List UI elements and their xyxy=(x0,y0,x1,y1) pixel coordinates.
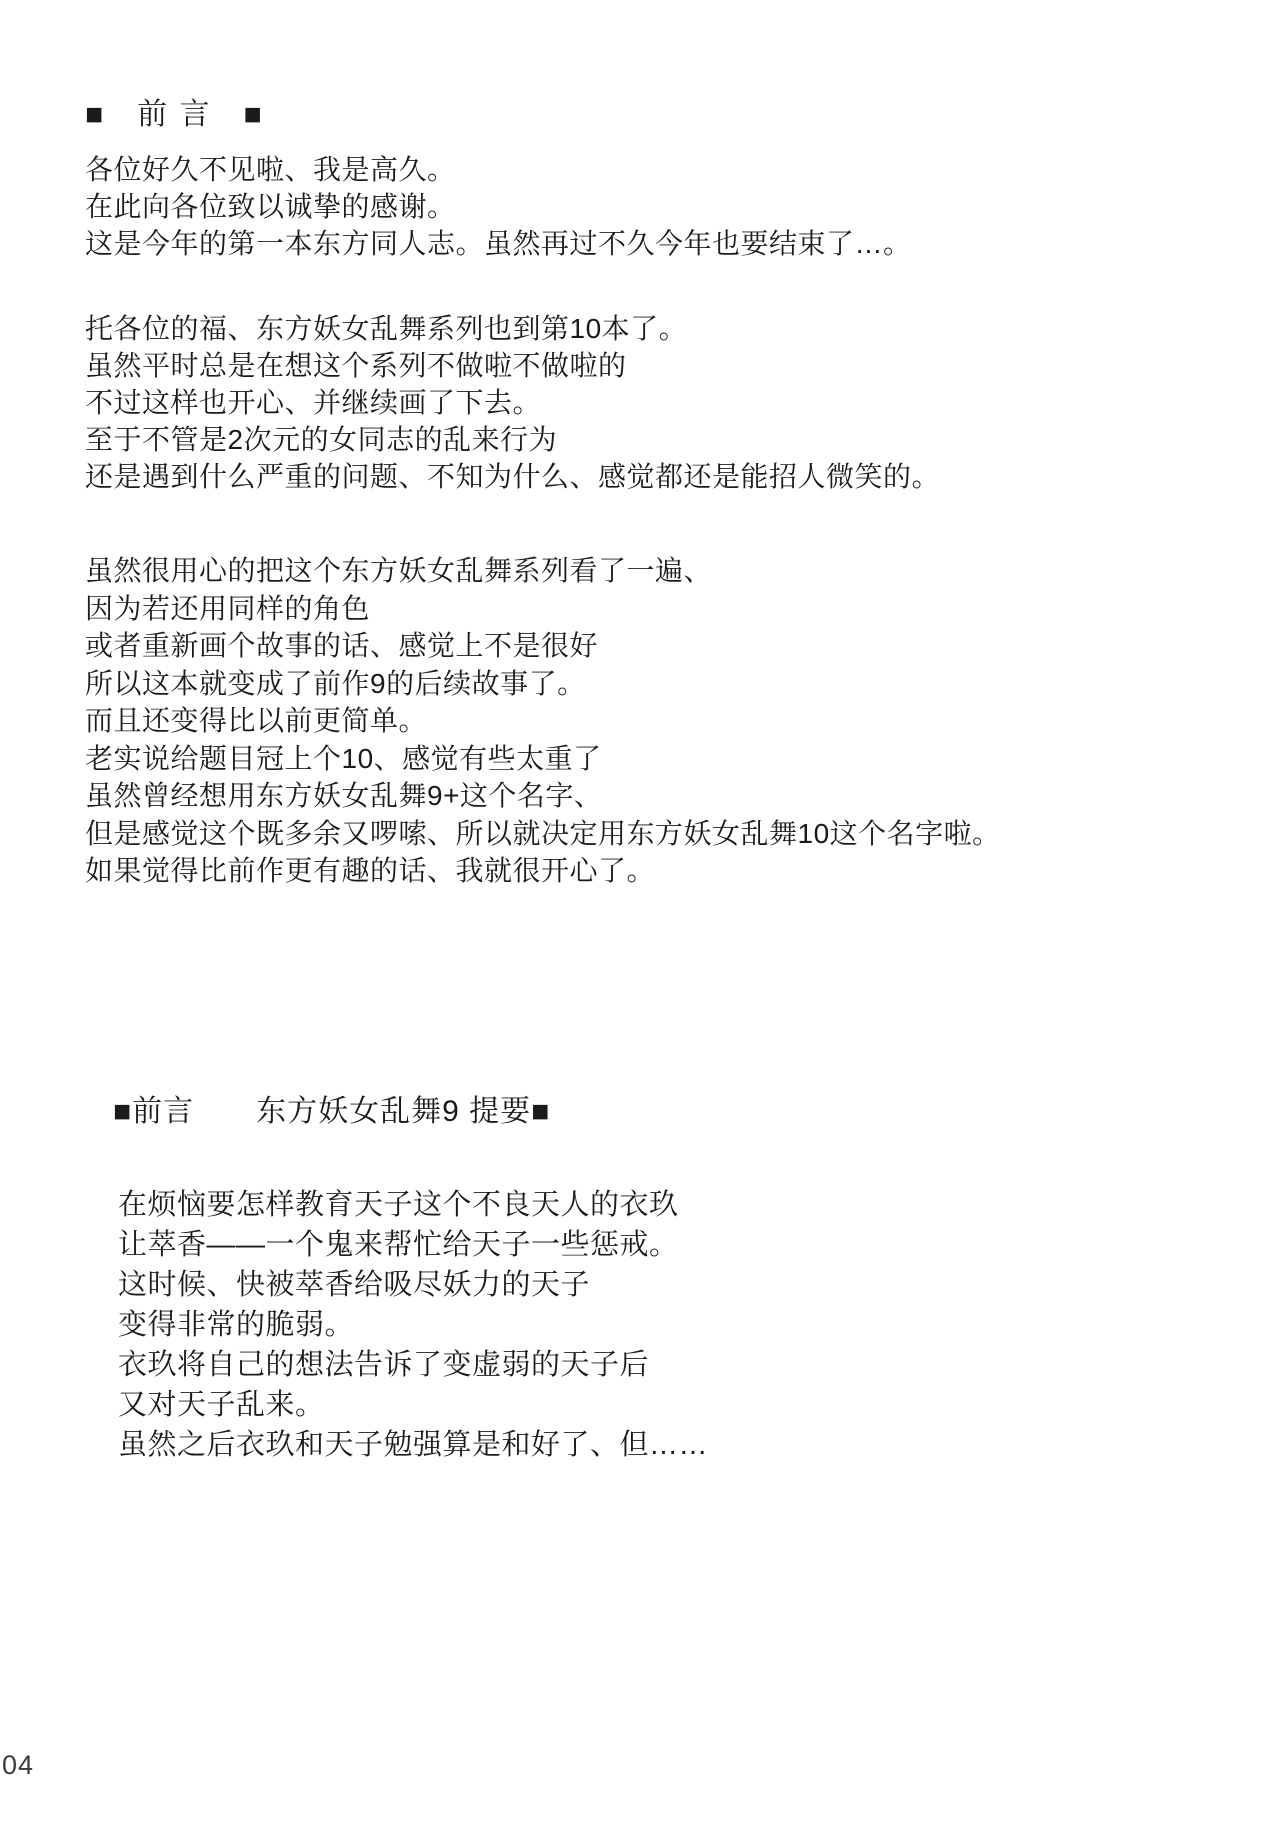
text-line: 让萃香——一个鬼来帮忙给天子一些惩戒。 xyxy=(118,1225,708,1265)
text-line: 所以这本就变成了前作9的后续故事了。 xyxy=(85,665,1001,703)
text-line: 虽然之后衣玖和天子勉强算是和好了、但…… xyxy=(118,1425,708,1465)
paragraph-gap xyxy=(85,495,1001,552)
preface-header: ■ 前 言 ■ xyxy=(85,95,1001,135)
text-line: 变得非常的脆弱。 xyxy=(118,1305,708,1345)
text-line: 或者重新画个故事的话、感觉上不是很好 xyxy=(85,627,1001,665)
text-line: 而且还变得比以前更简单。 xyxy=(85,702,1001,740)
text-line: 虽然平时总是在想这个系列不做啦不做啦的 xyxy=(85,347,1001,384)
text-line: 虽然曾经想用东方妖女乱舞9+这个名字、 xyxy=(85,777,1001,815)
paragraph-gap xyxy=(85,262,1001,310)
text-line: 因为若还用同样的角色 xyxy=(85,590,1001,628)
text-line: 如果觉得比前作更有趣的话、我就很开心了。 xyxy=(85,852,1001,890)
text-line: 还是遇到什么严重的问题、不知为什么、感觉都还是能招人微笑的。 xyxy=(85,458,1001,495)
text-line: 衣玖将自己的想法告诉了变虚弱的天子后 xyxy=(118,1345,708,1385)
preface-paragraph-1: 各位好久不见啦、我是高久。 在此向各位致以诚挚的感谢。 这是今年的第一本东方同人… xyxy=(85,151,1001,262)
text-line: 但是感觉这个既多余又啰嗦、所以就决定用东方妖女乱舞10这个名字啦。 xyxy=(85,815,1001,853)
text-line: 老实说给题目冠上个10、感觉有些太重了 xyxy=(85,740,1001,778)
summary-section: 在烦恼要怎样教育天子这个不良天人的衣玖 让萃香——一个鬼来帮忙给天子一些惩戒。 … xyxy=(118,1185,708,1465)
summary-header: ■前言 东方妖女乱舞9 提要■ xyxy=(113,1093,550,1131)
text-line: 在此向各位致以诚挚的感谢。 xyxy=(85,188,1001,225)
text-line: 虽然很用心的把这个东方妖女乱舞系列看了一遍、 xyxy=(85,552,1001,590)
text-line: 这时候、快被萃香给吸尽妖力的天子 xyxy=(118,1265,708,1305)
text-line: 不过这样也开心、并继续画了下去。 xyxy=(85,384,1001,421)
preface-paragraph-3: 虽然很用心的把这个东方妖女乱舞系列看了一遍、 因为若还用同样的角色 或者重新画个… xyxy=(85,552,1001,890)
text-line: 又对天子乱来。 xyxy=(118,1385,708,1425)
text-line: 这是今年的第一本东方同人志。虽然再过不久今年也要结束了…。 xyxy=(85,225,1001,262)
text-line: 至于不管是2次元的女同志的乱来行为 xyxy=(85,421,1001,458)
text-line: 在烦恼要怎样教育天子这个不良天人的衣玖 xyxy=(118,1185,708,1225)
preface-paragraph-2: 托各位的福、东方妖女乱舞系列也到第10本了。 虽然平时总是在想这个系列不做啦不做… xyxy=(85,310,1001,495)
preface-section: ■ 前 言 ■ 各位好久不见啦、我是高久。 在此向各位致以诚挚的感谢。 这是今年… xyxy=(85,95,1001,890)
text-line: 各位好久不见啦、我是高久。 xyxy=(85,151,1001,188)
text-line: 托各位的福、东方妖女乱舞系列也到第10本了。 xyxy=(85,310,1001,347)
page-number: 04 xyxy=(2,1750,34,1781)
